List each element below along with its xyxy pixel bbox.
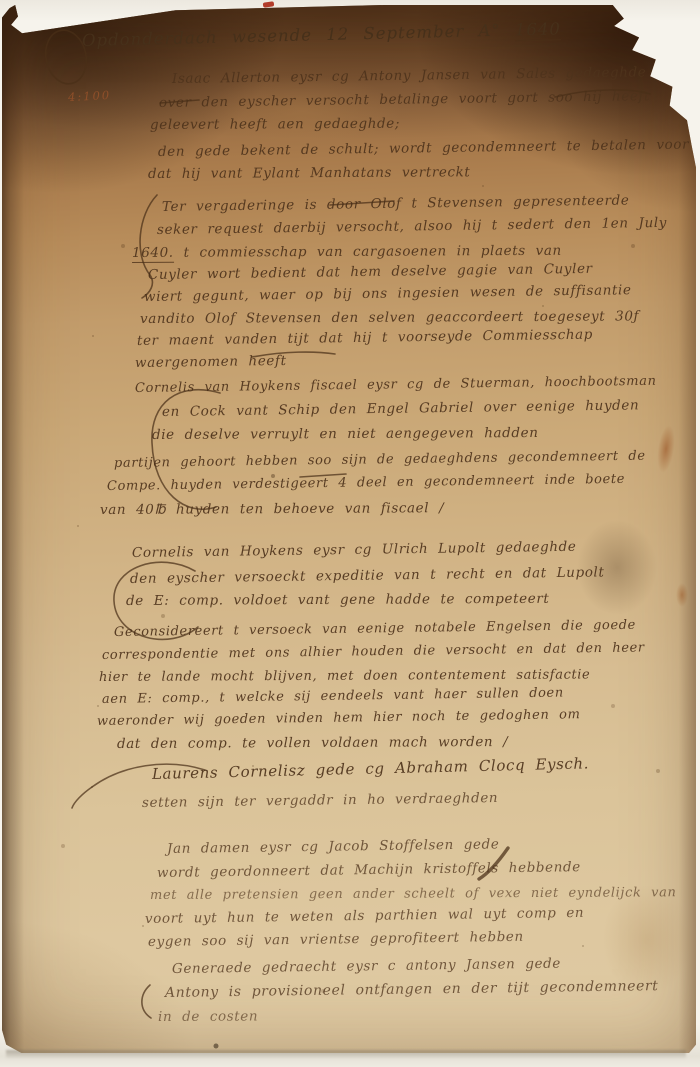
heading-year: 1640 (515, 19, 561, 41)
manuscript-line: Isaac Allerton eysr cg Antony Jansen van… (172, 64, 647, 87)
stain (655, 424, 678, 474)
manuscript-line: Compe. huyden verdestigeert 4 deel en ge… (107, 472, 625, 494)
heading-text: Opdonderdach wesende 12 September A° (82, 21, 501, 50)
red-ink-speck (263, 1, 275, 7)
manuscript-line: Antony is provisioneel ontfangen en der … (165, 978, 659, 1001)
manuscript-line: geleevert heeft aen gedaeghde; (150, 116, 400, 133)
manuscript-line: dat hij vant Eylant Manhatans vertreckt (148, 164, 471, 182)
stain (676, 583, 688, 607)
manuscript-line: waergenomen heeft (135, 353, 287, 371)
manuscript-line: aen E: comp., t welcke sij eendeels vant… (102, 686, 564, 707)
manuscript-line: waeronder wij goeden vinden hem hier noc… (97, 707, 581, 729)
manuscript-line: die deselve verruylt en niet aengegeven … (152, 425, 539, 443)
manuscript-line: Generaede gedraecht eysr c antony Jansen… (172, 956, 561, 977)
scanner-background: 4:100 Opdonderdach wesende 12 September … (0, 0, 700, 1067)
manuscript-line: wiert gegunt, waer op bij ons ingesien w… (144, 282, 632, 305)
line-text: t commiesschap van cargasoenen in plaets… (184, 243, 562, 261)
manuscript-line: in de costen (158, 1008, 258, 1025)
manuscript-line: Cuyler wort bedient dat hem deselve gagi… (148, 261, 593, 283)
manuscript-line: setten sijn ter vergaddr in ho verdraegh… (142, 790, 498, 811)
manuscript-line: hier te lande mocht blijven, met doen co… (99, 667, 590, 685)
manuscript-line: Cornelis van Hoykens fiscael eysr cg de … (135, 374, 657, 396)
manuscript-line: de E: comp. voldoet vant gene hadde te c… (126, 591, 549, 609)
manuscript-line: Geconsidereert t versoeck van eenige not… (114, 618, 636, 640)
folio-margin-note: 4:100 (68, 88, 112, 104)
manuscript-line: Jan damen eysr cg Jacob Stoffelsen gede (167, 836, 500, 857)
manuscript-line: seker request daerbij versocht, alsoo hi… (157, 215, 667, 238)
manuscript-line: eygen soo sij van vrientse geprofiteert … (148, 929, 524, 950)
manuscript-line: Laurens Cornelisz gede cg Abraham Clocq … (152, 754, 589, 783)
underlined-year: 1640. (132, 245, 174, 263)
manuscript-line: en Cock vant Schip den Engel Gabriel ove… (162, 397, 639, 420)
manuscript-line: wordt geordonneert dat Machijn kristoffe… (157, 859, 581, 881)
manuscript-line: voort uyt hun te weten als parthien wal … (145, 905, 584, 927)
manuscript-line: dat den comp. te vollen voldaen mach wor… (117, 734, 508, 752)
manuscript-line: den eyscher versoeckt expeditie van t re… (130, 564, 605, 587)
manuscript-page: 4:100 Opdonderdach wesende 12 September … (2, 5, 696, 1053)
manuscript-line: met alle pretensien geen ander scheelt o… (150, 885, 676, 903)
manuscript-line: van 40℔ huyden ten behoeve van fiscael / (100, 500, 444, 518)
manuscript-line: Cornelis van Hoykens eysr cg Ulrich Lupo… (132, 539, 577, 561)
manuscript-line: ter maent vanden tijt dat hij t voorseyd… (137, 327, 593, 349)
manuscript-line: correspondentie met ons alhier houden di… (102, 640, 645, 663)
paper-speckles (2, 5, 4, 7)
manuscript-line: Ter vergaderinge is door Olof t Stevense… (162, 192, 630, 215)
manuscript-line: 1640. t commiesschap van cargasoenen in … (132, 243, 562, 261)
heading-date-line: Opdonderdach wesende 12 September A° 164… (82, 19, 561, 50)
manuscript-line: vandito Olof Stevensen den selven geacco… (140, 308, 639, 327)
manuscript-line: den gede bekent de schult; wordt geconde… (158, 137, 689, 160)
scan-shadow (6, 1050, 686, 1059)
manuscript-line: partijen gehoort hebben soo sijn de geda… (114, 449, 646, 471)
